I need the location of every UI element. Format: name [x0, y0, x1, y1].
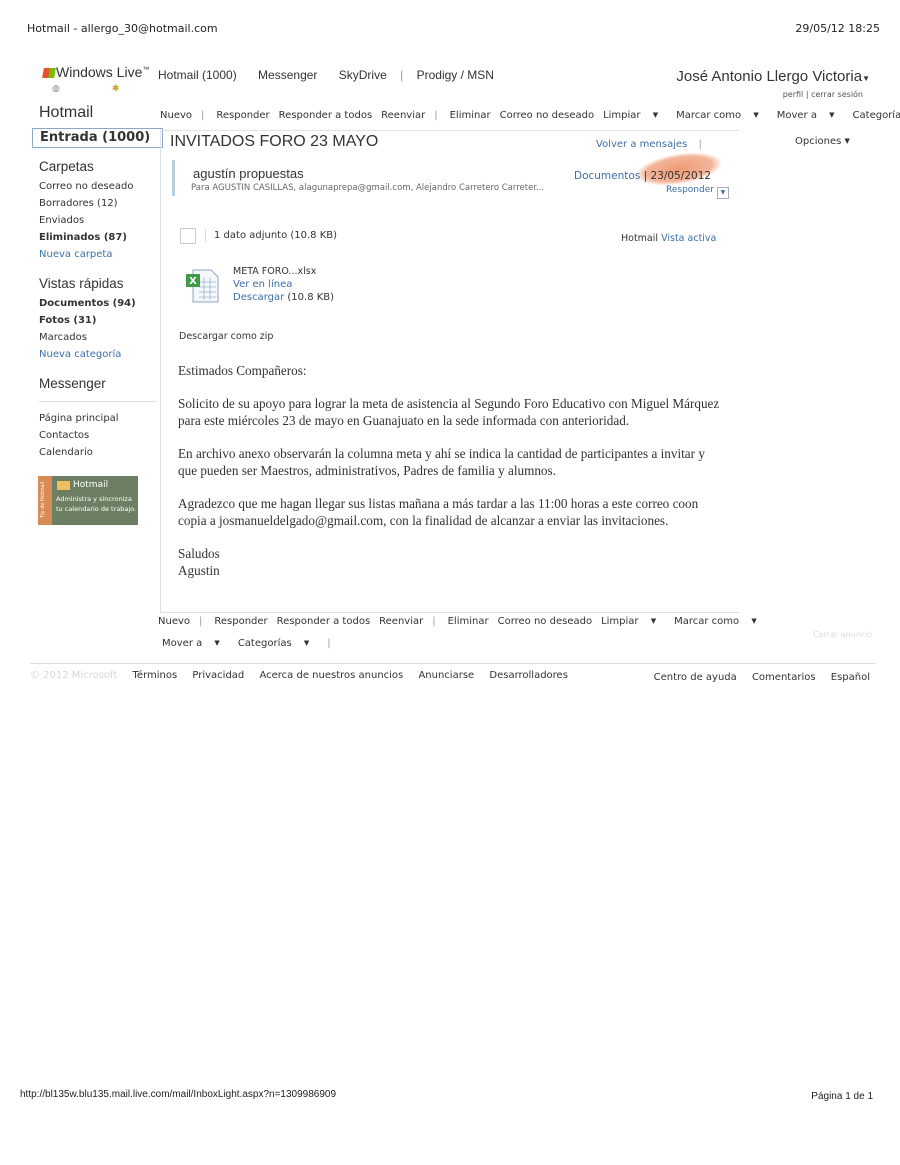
msn-butterfly-icon: ✱ [112, 84, 120, 94]
messenger-heading[interactable]: Messenger [39, 376, 106, 391]
attachment-file-name: META FORO...xlsx [233, 266, 316, 277]
sweep-menu[interactable]: Limpiar ▼ [603, 110, 667, 121]
chevron-down-icon: ▼ [829, 111, 834, 119]
chevron-down-icon[interactable]: ▼ [717, 187, 729, 199]
message-header-accent [172, 160, 175, 196]
mark-as-menu[interactable]: Marcar como ▼ [674, 616, 766, 627]
folders-section: Carpetas Correo no deseado Borradores (1… [39, 159, 133, 263]
divider: | [699, 139, 702, 150]
sign-out-link[interactable]: cerrar sesión [811, 90, 863, 99]
sidebar-item-junk[interactable]: Correo no deseado [39, 178, 133, 195]
footer-link-advertise[interactable]: Anunciarse [418, 670, 474, 681]
download-zip-link[interactable]: Descargar como zip [179, 331, 273, 342]
mark-as-label: Marcar como [674, 616, 739, 627]
categories-menu[interactable]: Categorías ▼ [238, 638, 318, 649]
attachment-size: (10.8 KB) [287, 292, 334, 303]
tip-text-line2: tu calendario de trabajo. [56, 504, 136, 514]
messenger-section: Messenger [39, 376, 106, 395]
user-menu[interactable]: José Antonio Llergo Victoria▼ [676, 68, 870, 85]
attachment-download: Descargar (10.8 KB) [233, 292, 334, 303]
download-link[interactable]: Descargar [233, 292, 284, 303]
attachment-checkbox[interactable] [180, 228, 196, 244]
print-datetime: 29/05/12 18:25 [795, 22, 880, 35]
reply-label: Responder [666, 185, 714, 195]
toolbar-divider: | [199, 616, 202, 627]
sidebar-link-contacts[interactable]: Contactos [39, 427, 119, 444]
new-button[interactable]: Nuevo [158, 616, 190, 627]
view-online-link[interactable]: Ver en línea [233, 279, 292, 290]
copyright: © 2012 Microsoft [30, 670, 117, 681]
tip-stripe-label: Tip de Hotmail [40, 482, 46, 518]
chevron-down-icon: ▼ [751, 617, 756, 625]
message-toolbar-bottom: Nuevo|ResponderResponder a todosReenviar… [158, 616, 775, 627]
tip-title: Hotmail [73, 480, 108, 490]
active-view-link[interactable]: Vista activa [661, 233, 716, 244]
message-folder-date: Documentos | 23/05/2012 [574, 170, 711, 182]
options-menu[interactable]: Opciones ▼ [795, 136, 850, 147]
message-subject: INVITADOS FORO 23 MAYO [170, 133, 378, 151]
sweep-label: Limpiar [601, 616, 638, 627]
body-paragraph: En archivo anexo observarán la columna m… [178, 445, 723, 479]
new-folder-link[interactable]: Nueva carpeta [39, 246, 133, 263]
message-date: 23/05/2012 [651, 170, 712, 182]
reply-all-button[interactable]: Responder a todos [277, 616, 370, 627]
header-status-icons: ◍✱ [52, 84, 171, 94]
chevron-down-icon: ▼ [753, 111, 758, 119]
folders-heading: Carpetas [39, 159, 133, 174]
reply-button[interactable]: Responder [214, 616, 267, 627]
nav-hotmail[interactable]: Hotmail (1000) [158, 68, 237, 82]
new-button[interactable]: Nuevo [160, 110, 192, 121]
footer-link-feedback[interactable]: Comentarios [752, 672, 816, 683]
move-to-menu[interactable]: Mover a ▼ [777, 110, 844, 121]
sidebar-link-home[interactable]: Página principal [39, 410, 119, 427]
user-name: José Antonio Llergo Victoria [676, 68, 862, 85]
recipients-line[interactable]: Para AGUSTIN CASILLAS, alagunaprepa@gmai… [191, 183, 544, 193]
mark-as-menu[interactable]: Marcar como ▼ [676, 110, 768, 121]
sidebar-item-sent[interactable]: Enviados [39, 212, 133, 229]
delete-button[interactable]: Eliminar [450, 110, 491, 121]
folder-link[interactable]: Documentos [574, 170, 640, 182]
sidebar-item-flagged[interactable]: Marcados [39, 329, 136, 346]
message-body: Estimados Compañeros: Solicito de su apo… [178, 362, 723, 579]
move-to-label: Mover a [777, 110, 817, 121]
options-label: Opciones [795, 136, 841, 147]
sidebar-item-documents[interactable]: Documentos (94) [39, 295, 136, 312]
reply-action[interactable]: Responder▼ [666, 185, 729, 199]
sidebar-item-photos[interactable]: Fotos (31) [39, 312, 136, 329]
chevron-down-icon: ▼ [862, 74, 870, 83]
back-to-messages-link[interactable]: Volver a mensajes | [596, 139, 702, 150]
footer-left: © 2012 Microsoft Términos Privacidad Ace… [30, 670, 580, 681]
body-paragraph: Solicito de su apoyo para lograr la meta… [178, 395, 723, 429]
body-greeting: Estimados Compañeros: [178, 362, 723, 379]
profile-link[interactable]: perfil [783, 90, 804, 99]
nav-skydrive[interactable]: SkyDrive [339, 68, 387, 82]
quick-views-heading: Vistas rápidas [39, 276, 136, 291]
print-url: http://bl135w.blu135.mail.live.com/mail/… [20, 1089, 336, 1100]
footer-right: Centro de ayuda Comentarios Español [642, 672, 870, 683]
sidebar-item-drafts[interactable]: Borradores (12) [39, 195, 133, 212]
categories-label: Categorías [853, 110, 900, 121]
sender-name[interactable]: agustín propuestas [193, 166, 304, 181]
divider [205, 229, 206, 242]
sidebar-divider [39, 401, 157, 402]
reply-all-button[interactable]: Responder a todos [279, 110, 372, 121]
attachment-summary: 1 dato adjunto (10.8 KB) [214, 230, 337, 241]
divider: | [644, 170, 648, 182]
print-page-number: Página 1 de 1 [811, 1091, 873, 1102]
quick-views-section: Vistas rápidas Documentos (94) Fotos (31… [39, 276, 136, 363]
sweep-menu[interactable]: Limpiar ▼ [601, 616, 665, 627]
footer-link-about-ads[interactable]: Acerca de nuestros anuncios [259, 670, 403, 681]
move-to-label: Mover a [162, 638, 202, 649]
sidebar-item-deleted[interactable]: Eliminados (87) [39, 229, 133, 246]
chevron-down-icon: ▼ [214, 639, 219, 647]
sidebar-item-inbox[interactable]: Entrada (1000) [32, 128, 163, 148]
active-view-prefix: Hotmail [621, 233, 658, 244]
windows-live-logo[interactable]: Windows Live™ [43, 64, 149, 80]
windows-flag-icon [42, 68, 56, 78]
toolbar-divider: | [434, 110, 437, 121]
sweep-label: Limpiar [603, 110, 640, 121]
excel-file-icon[interactable]: X [185, 268, 221, 304]
forward-button[interactable]: Reenviar [379, 616, 423, 627]
junk-button[interactable]: Correo no deseado [500, 110, 594, 121]
nav-messenger[interactable]: Messenger [258, 68, 317, 82]
footer-link-language[interactable]: Español [831, 672, 870, 683]
tip-text-line1: Administra y sincroniza [56, 494, 136, 504]
body-closing: Saludos [178, 545, 723, 562]
sidebar-link-calendar[interactable]: Calendario [39, 444, 119, 461]
chevron-down-icon: ▼ [304, 639, 309, 647]
message-toolbar-top: Nuevo|ResponderResponder a todosReenviar… [160, 110, 900, 121]
top-navigation: Hotmail (1000) Messenger SkyDrive | Prod… [158, 68, 512, 82]
reply-button[interactable]: Responder [216, 110, 269, 121]
active-view-label: Hotmail Vista activa [621, 233, 716, 244]
envelope-icon [57, 481, 70, 490]
toolbar-divider: | [327, 638, 330, 649]
messenger-status-icon: ◍ [52, 84, 60, 94]
sidebar-links: Página principal Contactos Calendario [39, 410, 119, 461]
svg-text:X: X [189, 276, 197, 287]
footer-link-help[interactable]: Centro de ayuda [654, 672, 737, 683]
forward-button[interactable]: Reenviar [381, 110, 425, 121]
back-link-label: Volver a mensajes [596, 139, 687, 150]
junk-button[interactable]: Correo no deseado [498, 616, 592, 627]
tip-text: Administra y sincronizatu calendario de … [56, 494, 136, 514]
logo-tm: ™ [142, 66, 149, 73]
footer-link-terms[interactable]: Términos [133, 670, 178, 681]
move-to-menu[interactable]: Mover a ▼ [162, 638, 229, 649]
message-toolbar-bottom-row2: Mover a ▼Categorías ▼| [162, 638, 343, 649]
hotmail-tip-banner[interactable]: Tip de Hotmail Hotmail Administra y sinc… [38, 476, 138, 525]
delete-button[interactable]: Eliminar [448, 616, 489, 627]
toolbar-divider: | [432, 616, 435, 627]
chevron-down-icon: ▼ [845, 137, 850, 145]
new-category-link[interactable]: Nueva categoría [39, 346, 136, 363]
nav-divider: | [400, 68, 403, 82]
mark-as-label: Marcar como [676, 110, 741, 121]
user-links: perfil | cerrar sesión [783, 90, 863, 99]
close-ad-link[interactable]: Cerrar anuncio [813, 630, 872, 639]
nav-prodigy-msn[interactable]: Prodigy / MSN [417, 68, 494, 82]
body-signature: Agustin [178, 562, 723, 579]
tip-stripe: Tip de Hotmail [38, 476, 52, 525]
footer-link-privacy[interactable]: Privacidad [192, 670, 244, 681]
footer-link-developers[interactable]: Desarrolladores [489, 670, 568, 681]
body-paragraph: Agradezco que me hagan llegar sus listas… [178, 495, 723, 529]
logo-text: Windows Live [56, 64, 142, 80]
footer-divider [30, 663, 876, 664]
toolbar-divider: | [201, 110, 204, 121]
print-page-title: Hotmail - allergo_30@hotmail.com [27, 22, 218, 35]
categories-label: Categorías [238, 638, 292, 649]
categories-menu[interactable]: Categorías ▼ [853, 110, 900, 121]
sidebar-title[interactable]: Hotmail [39, 104, 93, 122]
chevron-down-icon: ▼ [651, 617, 656, 625]
chevron-down-icon: ▼ [653, 111, 658, 119]
